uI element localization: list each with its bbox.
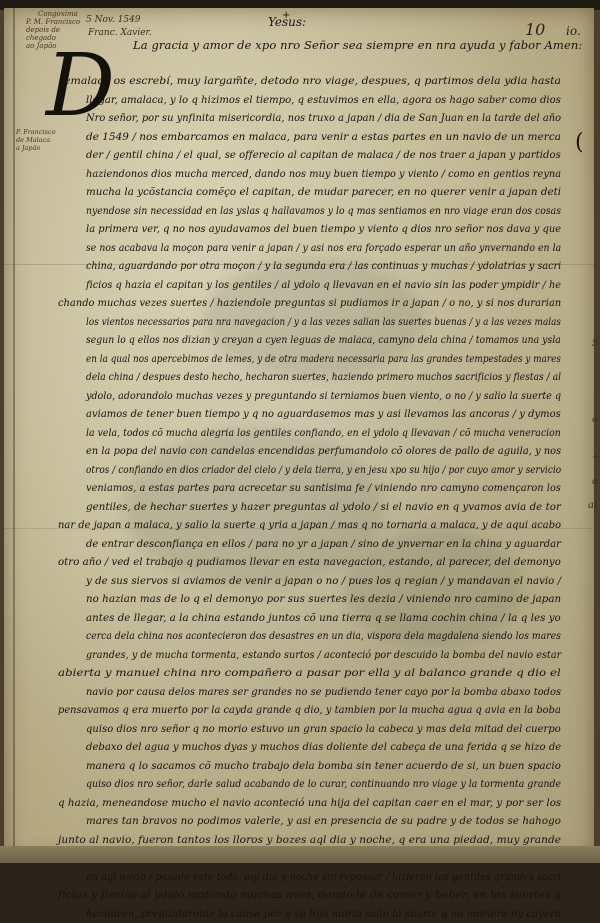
letter-body: emalaca os escrebí, muy largam̃te, detod… <box>46 72 561 863</box>
manuscript-line: china, aguardando por otra moçon / y la … <box>46 257 561 276</box>
manuscript-line: en la qual nos apercebimos de lemes, y d… <box>46 350 561 369</box>
opening-salutation: La gracia y amor de xpo nro Señor sea si… <box>133 38 582 52</box>
manuscript-line: nyendose sin necessidad en las yslas q h… <box>46 202 561 221</box>
manuscript-line: Nro señor, por su ynfinita misericordia,… <box>46 109 561 128</box>
manuscript-line: manera q lo sacamos cõ mucho trabajo del… <box>46 757 561 776</box>
manuscript-line: llegar, amalaca, y lo q hizimos el tiemp… <box>46 91 561 110</box>
folio-number-alt: io. <box>566 24 581 38</box>
manuscript-line: la primera ver, q no nos ayudavamos del … <box>46 220 561 239</box>
heading-yesus: Yesus: <box>268 15 306 29</box>
manuscript-line: otros / confiando en dios criador del ci… <box>46 461 561 480</box>
manuscript-line: chando muchas vezes suertes / haziendole… <box>46 294 561 313</box>
manuscript-line: veniamos, a estas partes para acrecetar … <box>46 479 561 498</box>
manuscript-line: q hazia, meneandose mucho el navio acont… <box>46 794 561 813</box>
manuscript-line: los vientos necessarios para nra navegac… <box>46 313 561 332</box>
manuscript-line: la vela, todos cõ mucha alegria los gent… <box>46 424 561 443</box>
manuscript-line: quiso dios nro señor, darle salud acaban… <box>46 775 561 794</box>
manuscript-line: no hazian mas de lo q el demonyo por sus… <box>46 590 561 609</box>
manuscript-line: ficios q hazia el capitan y los gentiles… <box>46 276 561 295</box>
manuscript-line: navio por causa delos mares ser grandes … <box>46 683 561 702</box>
manuscript-line: grandes, y de mucha tormenta, estando su… <box>46 646 561 665</box>
manuscript-line: de entrar desconfiança en ellos / para n… <box>46 535 561 554</box>
manuscript-line: abierta y manuel china nro compañero a p… <box>46 664 561 683</box>
manuscript-line: segun lo q ellos nos dizian y creyan a c… <box>46 331 561 350</box>
manuscript-line: otro año / ved el trabajo q pudiamos lle… <box>46 553 561 572</box>
manuscript-line: nar de japan a malaca, y salio la suerte… <box>46 516 561 535</box>
manuscript-line: quiso dios nro señor q no morio estuvo u… <box>46 720 561 739</box>
manuscript-line: debaxo del agua y muchos dyas y muchos d… <box>46 738 561 757</box>
manuscript-line: pensavamos q era muerto por la cayda gra… <box>46 701 561 720</box>
manuscript-line: aviamos de tener buen tiempo y q no agua… <box>46 405 561 424</box>
right-margin-mark: al <box>588 500 597 511</box>
manuscript-line: mares tan bravos no podimos valerle, y a… <box>46 812 561 831</box>
manuscript-line: der / gentil china / el qual, se offerec… <box>46 146 561 165</box>
manuscript-line: emalaca os escrebí, muy largam̃te, detod… <box>46 72 561 91</box>
manuscript-line: de 1549 / nos embarcamos en malaca, para… <box>46 128 561 147</box>
page-fold-vertical <box>13 8 15 860</box>
scan-bottom-edge <box>0 846 600 863</box>
manuscript-line: cerca dela china nos acontecieron dos de… <box>46 627 561 646</box>
manuscript-line: haziendonos dios mucha merced, dando nos… <box>46 165 561 184</box>
manuscript-line: gentiles, de hechar suertes y hazer preg… <box>46 498 561 517</box>
manuscript-line: ydolo, adorandolo muchas vezes y pregunt… <box>46 387 561 406</box>
manuscript-line: mucha la ycõstancia comẽço el capitan, d… <box>46 183 561 202</box>
margin-note-line: Congoxima <box>26 10 86 18</box>
manuscript-line: en la popa del navio con candelas encend… <box>46 442 561 461</box>
margin-note-line: P. M. Francisco <box>26 18 86 26</box>
manuscript-line: se nos acabava la moçon para venir a jap… <box>46 239 561 258</box>
scanned-manuscript: Congoxima P. M. Francisco depois de cheg… <box>0 0 600 863</box>
date-annotation: 5 Nov. 1549 <box>86 15 141 26</box>
manuscript-line: dela china / despues desto hecho, hechar… <box>46 368 561 387</box>
folio-number: 10 <box>525 20 545 39</box>
manuscript-line: y de sus siervos si aviamos de venir a j… <box>46 572 561 591</box>
manuscript-line: antes de llegar, a la china estando junt… <box>46 609 561 628</box>
